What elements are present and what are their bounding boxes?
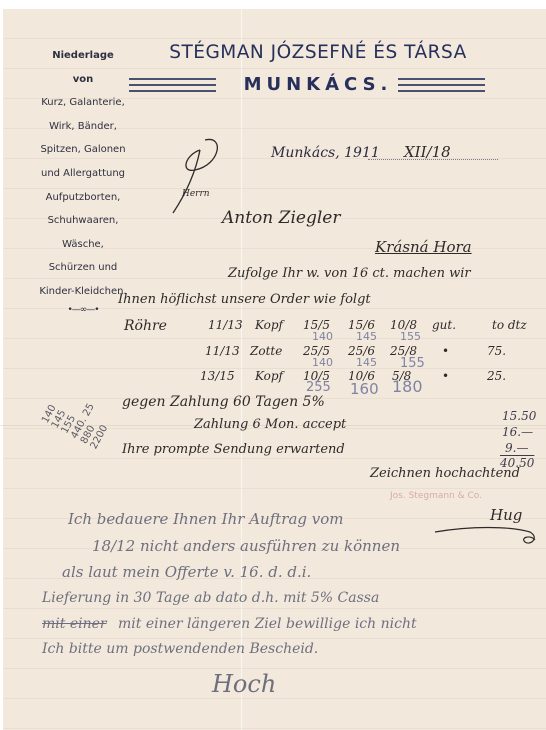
initials-flourish-icon [430, 520, 540, 556]
handwritten-date: XII/18 [404, 143, 451, 161]
reply-line: Lieferung in 30 Tage ab dato d.h. mit 5%… [42, 590, 379, 606]
pencil-price: 160 [350, 380, 379, 398]
terms-line-2: Zahlung 6 Mon. accept [194, 417, 346, 432]
pencil-price: 145 [356, 356, 377, 369]
sidebar-line: Schuhwaaren, [28, 209, 138, 233]
recipient-place: Krásná Hora [375, 238, 472, 256]
sidebar-line: Niederlage [28, 44, 138, 68]
place-year: Munkács, 1911 [271, 145, 380, 161]
recipient-name: Anton Ziegler [222, 208, 340, 228]
total-line: 15.50 [502, 409, 536, 423]
reply-line: Ich bedauere Ihnen Ihr Auftrag vom [68, 510, 344, 528]
pencil-price: 255 [306, 380, 331, 395]
body-line-1: Zufolge Ihr w. von 16 ct. machen wir [228, 266, 471, 281]
salutation-flourish-icon [165, 135, 235, 215]
decorative-rules-right [398, 78, 485, 96]
reply-line: mit einer [42, 616, 107, 632]
sidebar-line: Spitzen, Galonen [28, 138, 138, 162]
sidebar-line: Aufputzborten, [28, 186, 138, 210]
total-sum: 40.50 [500, 456, 534, 470]
pencil-price: 180 [392, 377, 423, 396]
city-row: MUNKÁCS. [128, 74, 508, 98]
reply-line: als laut mein Offerte v. 16. d. d.i. [62, 563, 311, 581]
sidebar-line: Schürzen und [28, 256, 138, 280]
pencil-price: 140 [312, 356, 333, 369]
terms-line-1: gegen Zahlung 60 Tagen 5% [122, 394, 325, 410]
pencil-price: 155 [400, 356, 425, 371]
closing-line: Ihre prompte Sendung erwartend [122, 442, 345, 457]
signoff-line: Zeichnen hochachtend [370, 466, 520, 481]
sidebar-line: von [28, 68, 138, 92]
body-line-2: Ihnen höflichst unsere Order wie folgt [118, 292, 371, 307]
reply-line: 18/12 nicht anders ausführen zu können [92, 537, 400, 555]
pencil-price: 140 [312, 330, 333, 343]
reply-line: Ich bitte um postwendenden Bescheid. [42, 641, 318, 657]
pencil-price: 145 [356, 330, 377, 343]
sidebar-line: Wäsche, [28, 233, 138, 257]
company-name: STÉGMAN JÓZSEFNÉ ÉS TÁRSA [128, 42, 508, 63]
total-line: 9.— [505, 441, 528, 455]
reply-line: mit einer längeren Ziel bewillige ich ni… [118, 616, 417, 632]
reply-signature: Hoch [212, 670, 276, 698]
total-line: 16.— [502, 425, 533, 439]
herrn-label: Herrn [182, 189, 210, 199]
sidebar-line: Kurz, Galanterie, [28, 91, 138, 115]
faded-stamp: Jos. Stegmann & Co. [390, 491, 482, 501]
struck-text: mit einer [42, 616, 107, 632]
sidebar-line: Wirk, Bänder, [28, 115, 138, 139]
letterhead-sidebar: Niederlage von Kurz, Galanterie, Wirk, B… [28, 44, 138, 316]
pencil-price: 155 [400, 330, 421, 343]
sidebar-line: und Allergattung [28, 162, 138, 186]
